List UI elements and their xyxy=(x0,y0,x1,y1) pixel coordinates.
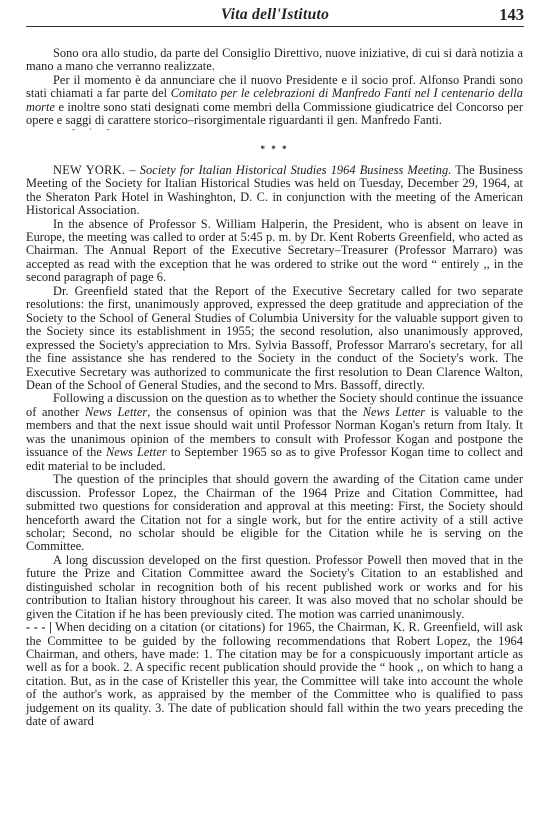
running-title: Vita dell'Istituto xyxy=(26,6,524,24)
paragraph-newyork-3: Dr. Greenfield stated that the Report of… xyxy=(26,285,523,393)
newsletter-title: News Letter xyxy=(85,405,147,419)
newsletter-title: News Letter xyxy=(363,405,425,419)
section-separator: * * * xyxy=(26,142,523,164)
paragraph-newyork-1: NEW YORK. – Society for Italian Historic… xyxy=(26,164,523,218)
paragraph-newyork-7: - - - | When deciding on a citation (or … xyxy=(26,621,523,729)
header-rule xyxy=(26,26,524,27)
newsletter-title: News Letter xyxy=(106,445,167,459)
paragraph-text: In the absence of Professor S. William H… xyxy=(26,217,523,285)
paragraph-italian-2: Per il momento è da annunciare che il nu… xyxy=(26,74,523,128)
paragraph-newyork-4: Following a discussion on the question a… xyxy=(26,392,523,473)
paragraph-newyork-6: A long discussion developed on the first… xyxy=(26,554,523,621)
paragraph-text: , the consensus of opinion was that the xyxy=(147,405,362,419)
paragraph-text: Dr. Greenfield stated that the Report of… xyxy=(26,284,523,392)
margin-mark: - - - | xyxy=(26,620,52,634)
paragraph-text: When deciding on a citation (or citation… xyxy=(26,620,523,728)
paragraph-text: Sono ora allo studio, da parte del Consi… xyxy=(26,46,523,73)
running-head: Vita dell'Istituto 143 xyxy=(26,6,524,26)
meeting-title: Society for Italian Historical Studies 1… xyxy=(140,163,452,177)
paragraph-newyork-5: The question of the principles that shou… xyxy=(26,473,523,554)
page-number: 143 xyxy=(499,5,524,25)
dash: – xyxy=(125,163,139,177)
paragraph-italian-1: Sono ora allo studio, da parte del Consi… xyxy=(26,47,523,74)
stray-marks-text: - · - xyxy=(72,123,116,136)
body-text: Sono ora allo studio, da parte del Consi… xyxy=(26,47,523,729)
paragraph-newyork-2: In the absence of Professor S. William H… xyxy=(26,218,523,285)
place-heading: NEW YORK. xyxy=(53,163,125,177)
paragraph-text: The question of the principles that shou… xyxy=(26,472,523,553)
stray-marks: - · - xyxy=(26,128,523,142)
paragraph-text: A long discussion developed on the first… xyxy=(26,553,523,621)
document-page: Vita dell'Istituto 143 Sono ora allo stu… xyxy=(0,0,550,831)
